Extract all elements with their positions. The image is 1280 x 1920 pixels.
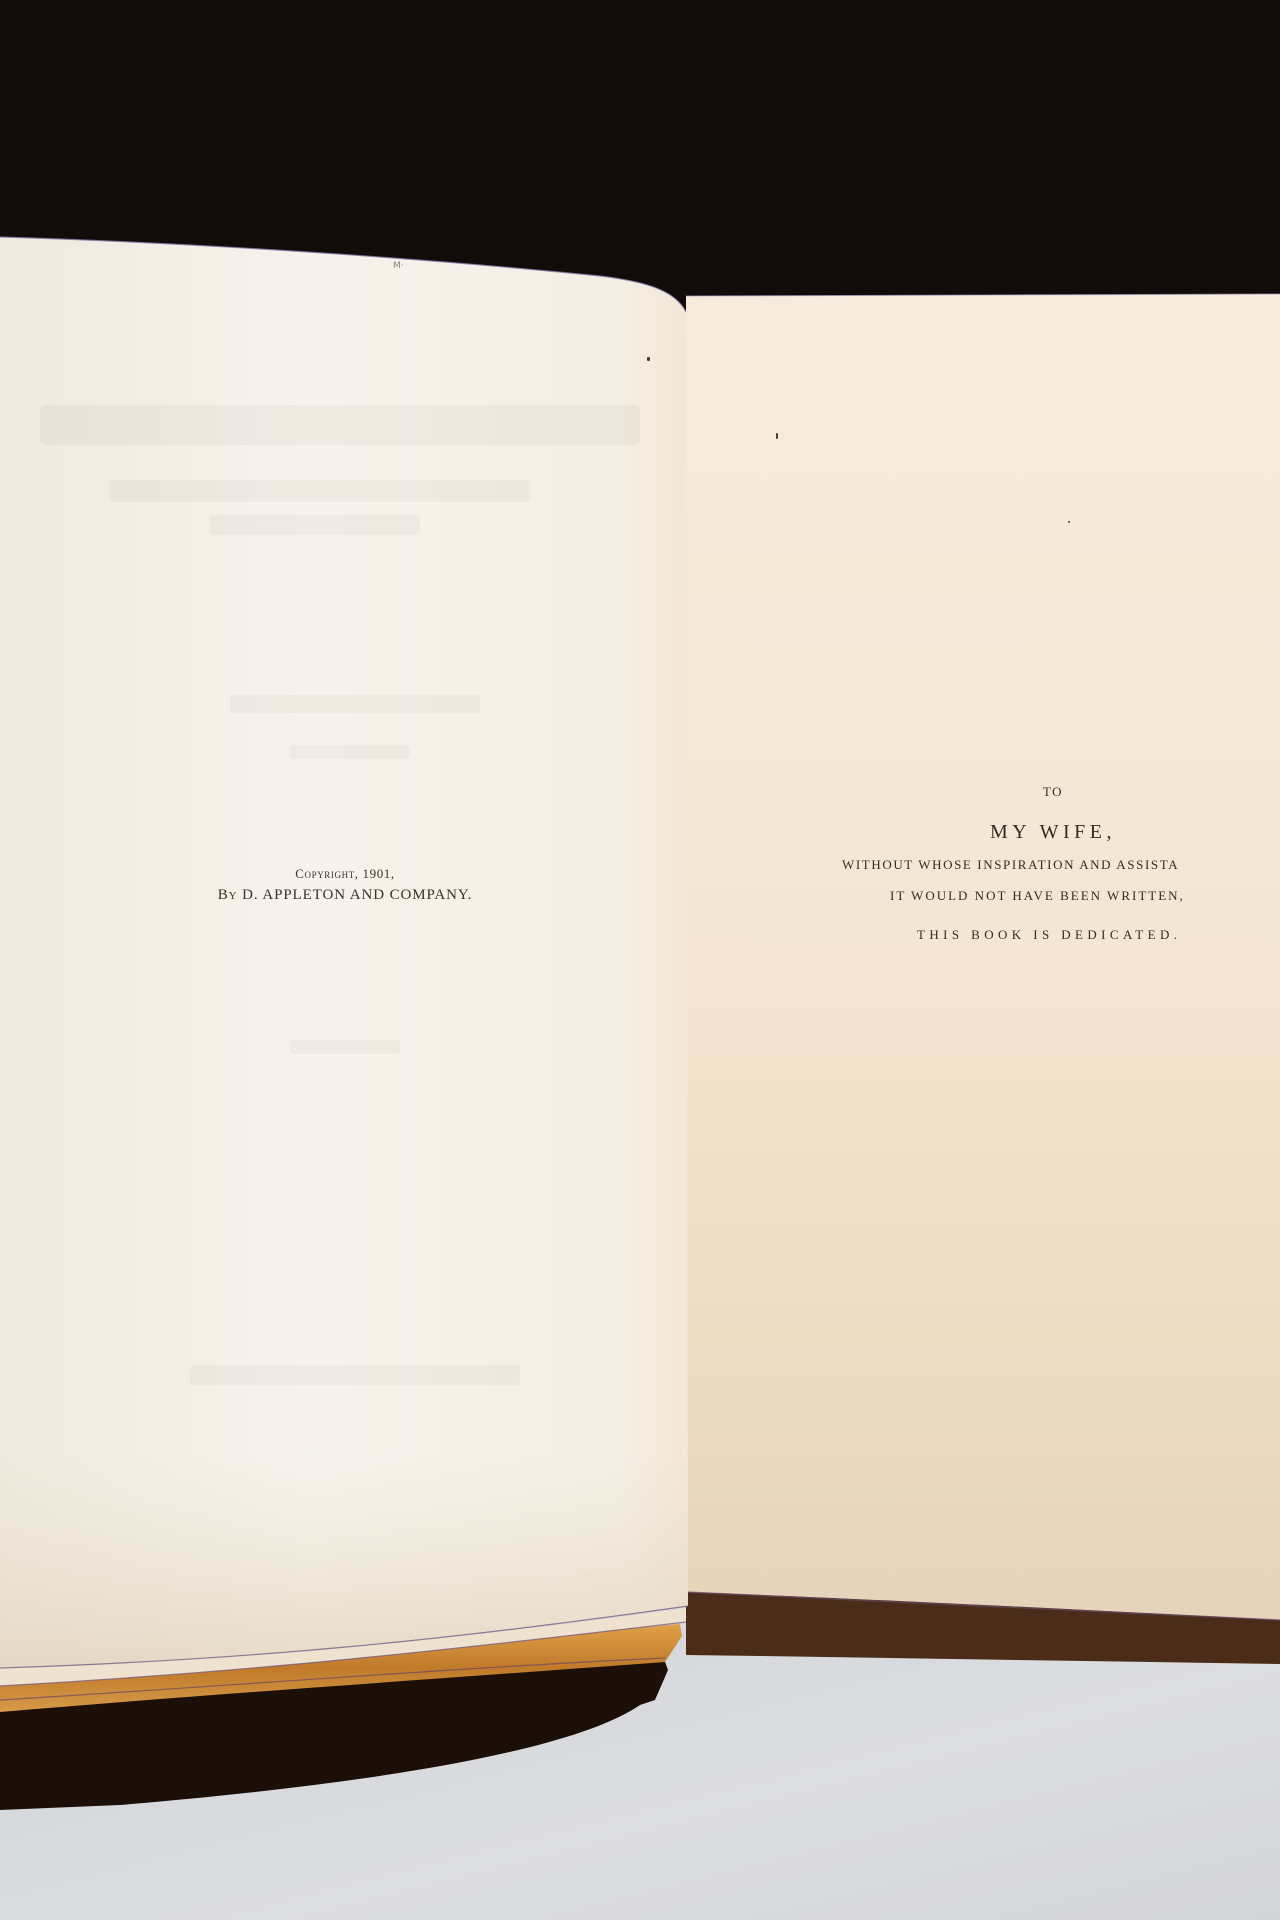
dedication-line-5: THIS BOOK IS DEDICATED.	[820, 926, 1280, 944]
paper-speck	[647, 357, 650, 361]
dedication-recipient: MY WIFE,	[766, 818, 1280, 846]
copyright-year: Copyright, 1901,	[170, 864, 520, 884]
page-text-layer: M· Copyright, 1901, By D. APPLETON AND C…	[0, 0, 1280, 1920]
pencil-annotation: M·	[393, 262, 404, 271]
copyright-publisher: By D. APPLETON AND COMPANY.	[170, 884, 520, 906]
paper-speck	[1068, 521, 1070, 523]
copyright-by: By	[218, 887, 238, 903]
copyright-publisher-name: D. APPLETON AND COMPANY.	[237, 887, 472, 903]
dedication-line-4: IT WOULD NOT HAVE BEEN WRITTEN,	[820, 887, 1280, 905]
dedication: TO MY WIFE, WITHOUT WHOSE INSPIRATION AN…	[820, 782, 1280, 944]
dedication-to: TO	[766, 782, 1280, 802]
book-photo: M· Copyright, 1901, By D. APPLETON AND C…	[0, 0, 1280, 1920]
dedication-line-3: WITHOUT WHOSE INSPIRATION AND ASSISTA	[820, 856, 1280, 874]
paper-speck	[776, 433, 778, 439]
copyright-notice: Copyright, 1901, By D. APPLETON AND COMP…	[170, 864, 520, 906]
